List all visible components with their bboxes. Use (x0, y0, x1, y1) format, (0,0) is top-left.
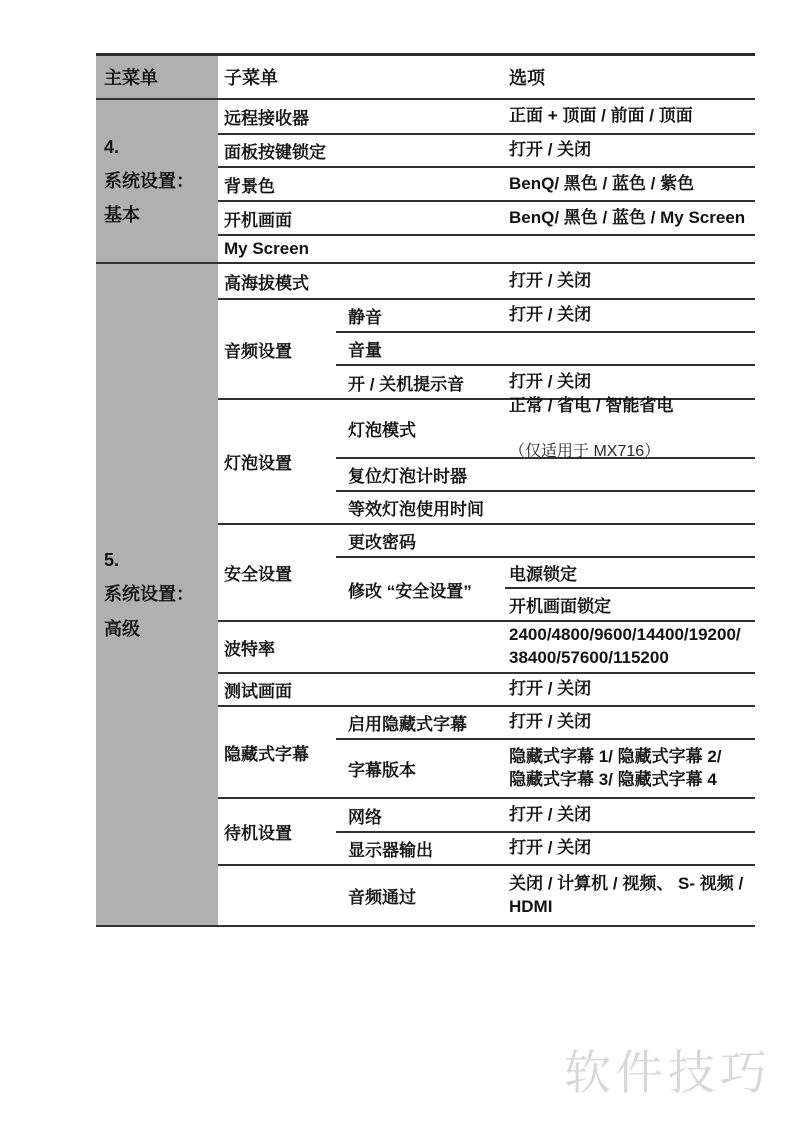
submenu-label: 测试画面 (218, 677, 505, 702)
option-splash-screen-lock: 开机画面锁定 (505, 589, 755, 620)
submenu-label: 波特率 (218, 635, 505, 660)
header-options: 选项 (505, 56, 755, 98)
table-row-volume: 音量 (336, 333, 755, 366)
submenu-label: 灯泡模式 (336, 416, 505, 441)
section-5-system-setup-advanced: 5. 系统设置： 高级 高海拔模式 打开 / 关闭 音频设置 静音 打开 / 关… (96, 264, 755, 927)
options-value: 打开 / 关闭 (505, 678, 755, 701)
table-row-high-altitude-mode: 高海拔模式 打开 / 关闭 (218, 264, 755, 300)
header-main-menu: 主菜单 (96, 56, 218, 98)
group-label-lamp-settings: 灯泡设置 (218, 400, 336, 523)
section-5-rows: 高海拔模式 打开 / 关闭 音频设置 静音 打开 / 关闭 音量 开 / (218, 264, 755, 925)
options-value: 打开 / 关闭 (505, 804, 755, 827)
section-4-system-setup-basic: 4. 系统设置： 基本 远程接收器 正面 + 顶面 / 前面 / 顶面 面板按键… (96, 100, 755, 264)
options-value: 2400/4800/9600/14400/19200/ 38400/57600/… (505, 624, 755, 670)
group-standby-settings: 待机设置 网络 打开 / 关闭 显示器输出 打开 / 关闭 (218, 799, 755, 866)
submenu-label: 面板按键锁定 (218, 138, 505, 163)
table-row-reset-lamp-timer: 复位灯泡计时器 (336, 459, 755, 492)
option-power-on-lock: 电源锁定 (505, 558, 755, 589)
empty-group-cell (218, 866, 336, 925)
options-value: 打开 / 关闭 (505, 304, 755, 327)
options-value: 打开 / 关闭 (505, 139, 755, 162)
header-sub-menu: 子菜单 (218, 56, 505, 98)
group-label-standby-settings: 待机设置 (218, 799, 336, 864)
submenu-label: 更改密码 (336, 528, 505, 553)
options-value: BenQ/ 黑色 / 蓝色 / My Screen (505, 207, 755, 230)
submenu-label: 等效灯泡使用时间 (336, 495, 505, 520)
table-row-mute: 静音 打开 / 关闭 (336, 300, 755, 333)
submenu-label: 开机画面 (218, 206, 505, 231)
section-4-rows: 远程接收器 正面 + 顶面 / 前面 / 顶面 面板按键锁定 打开 / 关闭 背… (218, 100, 755, 262)
main-menu-label-5: 5. 系统设置： 高级 (96, 264, 218, 925)
main-menu-label-4-title: 系统设置： (104, 164, 218, 198)
submenu-label: 远程接收器 (218, 104, 505, 129)
submenu-label: 高海拔模式 (218, 269, 505, 294)
watermark: 软件技巧 (564, 1036, 772, 1103)
table-row-monitor-out: 显示器输出 打开 / 关闭 (336, 833, 755, 864)
table-row-panel-key-lock: 面板按键锁定 打开 / 关闭 (218, 135, 755, 168)
table-row-remote-receiver: 远程接收器 正面 + 顶面 / 前面 / 顶面 (218, 100, 755, 135)
options-value: 隐藏式字幕 1/ 隐藏式字幕 2/ 隐藏式字幕 3/ 隐藏式字幕 4 (505, 746, 755, 792)
submenu-label: 显示器输出 (336, 836, 505, 861)
table-row-change-password: 更改密码 (336, 525, 755, 558)
main-menu-label-4-number: 4. (104, 130, 218, 164)
group-security-settings: 安全设置 更改密码 修改 “安全设置” 电源锁定 开机画面锁定 (218, 525, 755, 622)
table-row-caption-version: 字幕版本 隐藏式字幕 1/ 隐藏式字幕 2/ 隐藏式字幕 3/ 隐藏式字幕 4 (336, 740, 755, 797)
options-value: 打开 / 关闭 (505, 270, 755, 293)
options-value: 打开 / 关闭 (505, 837, 755, 860)
table-row-splash-screen: 开机画面 BenQ/ 黑色 / 蓝色 / My Screen (218, 202, 755, 236)
main-menu-label-5-number: 5. (104, 543, 218, 577)
group-label-audio-settings: 音频设置 (218, 300, 336, 398)
submenu-label: 开 / 关机提示音 (336, 370, 505, 395)
submenu-label: 复位灯泡计时器 (336, 462, 505, 487)
submenu-label: 网络 (336, 803, 505, 828)
main-menu-label-4: 4. 系统设置： 基本 (96, 100, 218, 262)
group-lamp-settings: 灯泡设置 灯泡模式 正常 / 省电 / 智能省电 （仅适用于 MX716） 复位… (218, 400, 755, 525)
submenu-label: 音量 (336, 336, 505, 361)
submenu-label: 静音 (336, 303, 505, 328)
options-value: 打开 / 关闭 (505, 711, 755, 734)
table-row-closed-caption-enable: 启用隐藏式字幕 打开 / 关闭 (336, 707, 755, 740)
group-label-closed-caption: 隐藏式字幕 (218, 707, 336, 797)
table-row-my-screen: My Screen (218, 236, 755, 262)
options-value: 正面 + 顶面 / 前面 / 顶面 (505, 105, 755, 128)
table-row-audio-pass-through: 音频通过 关闭 / 计算机 / 视频、 S- 视频 / HDMI (218, 866, 755, 925)
options-value: BenQ/ 黑色 / 蓝色 / 紫色 (505, 173, 755, 196)
submenu-label: 字幕版本 (336, 756, 505, 781)
lamp-mode-options: 正常 / 省电 / 智能省电 (509, 395, 755, 418)
table-row-test-pattern: 测试画面 打开 / 关闭 (218, 674, 755, 707)
table-row-network: 网络 打开 / 关闭 (336, 799, 755, 833)
options-value: 关闭 / 计算机 / 视频、 S- 视频 / HDMI (505, 873, 755, 919)
table-row-baud-rate: 波特率 2400/4800/9600/14400/19200/ 38400/57… (218, 622, 755, 674)
submenu-label: 启用隐藏式字幕 (336, 710, 505, 735)
table-row-lamp-mode: 灯泡模式 正常 / 省电 / 智能省电 （仅适用于 MX716） (336, 400, 755, 459)
submenu-label: My Screen (218, 239, 505, 259)
main-menu-label-4-subtitle: 基本 (104, 198, 218, 232)
submenu-label: 修改 “安全设置” (336, 577, 505, 602)
submenu-label: 背景色 (218, 172, 505, 197)
group-label-security-settings: 安全设置 (218, 525, 336, 620)
menu-table: 主菜单 子菜单 选项 4. 系统设置： 基本 远程接收器 正面 + 顶面 / 前… (96, 53, 755, 927)
table-row-equivalent-lamp-hour: 等效灯泡使用时间 (336, 492, 755, 523)
submenu-label: 音频通过 (336, 883, 505, 908)
table-row-background-color: 背景色 BenQ/ 黑色 / 蓝色 / 紫色 (218, 168, 755, 202)
group-closed-caption: 隐藏式字幕 启用隐藏式字幕 打开 / 关闭 字幕版本 隐藏式字幕 1/ 隐藏式字… (218, 707, 755, 799)
table-header-row: 主菜单 子菜单 选项 (96, 56, 755, 100)
table-row-change-security-settings: 修改 “安全设置” 电源锁定 开机画面锁定 (336, 558, 755, 620)
main-menu-label-5-subtitle: 高级 (104, 612, 218, 646)
main-menu-label-5-title: 系统设置： (104, 577, 218, 611)
